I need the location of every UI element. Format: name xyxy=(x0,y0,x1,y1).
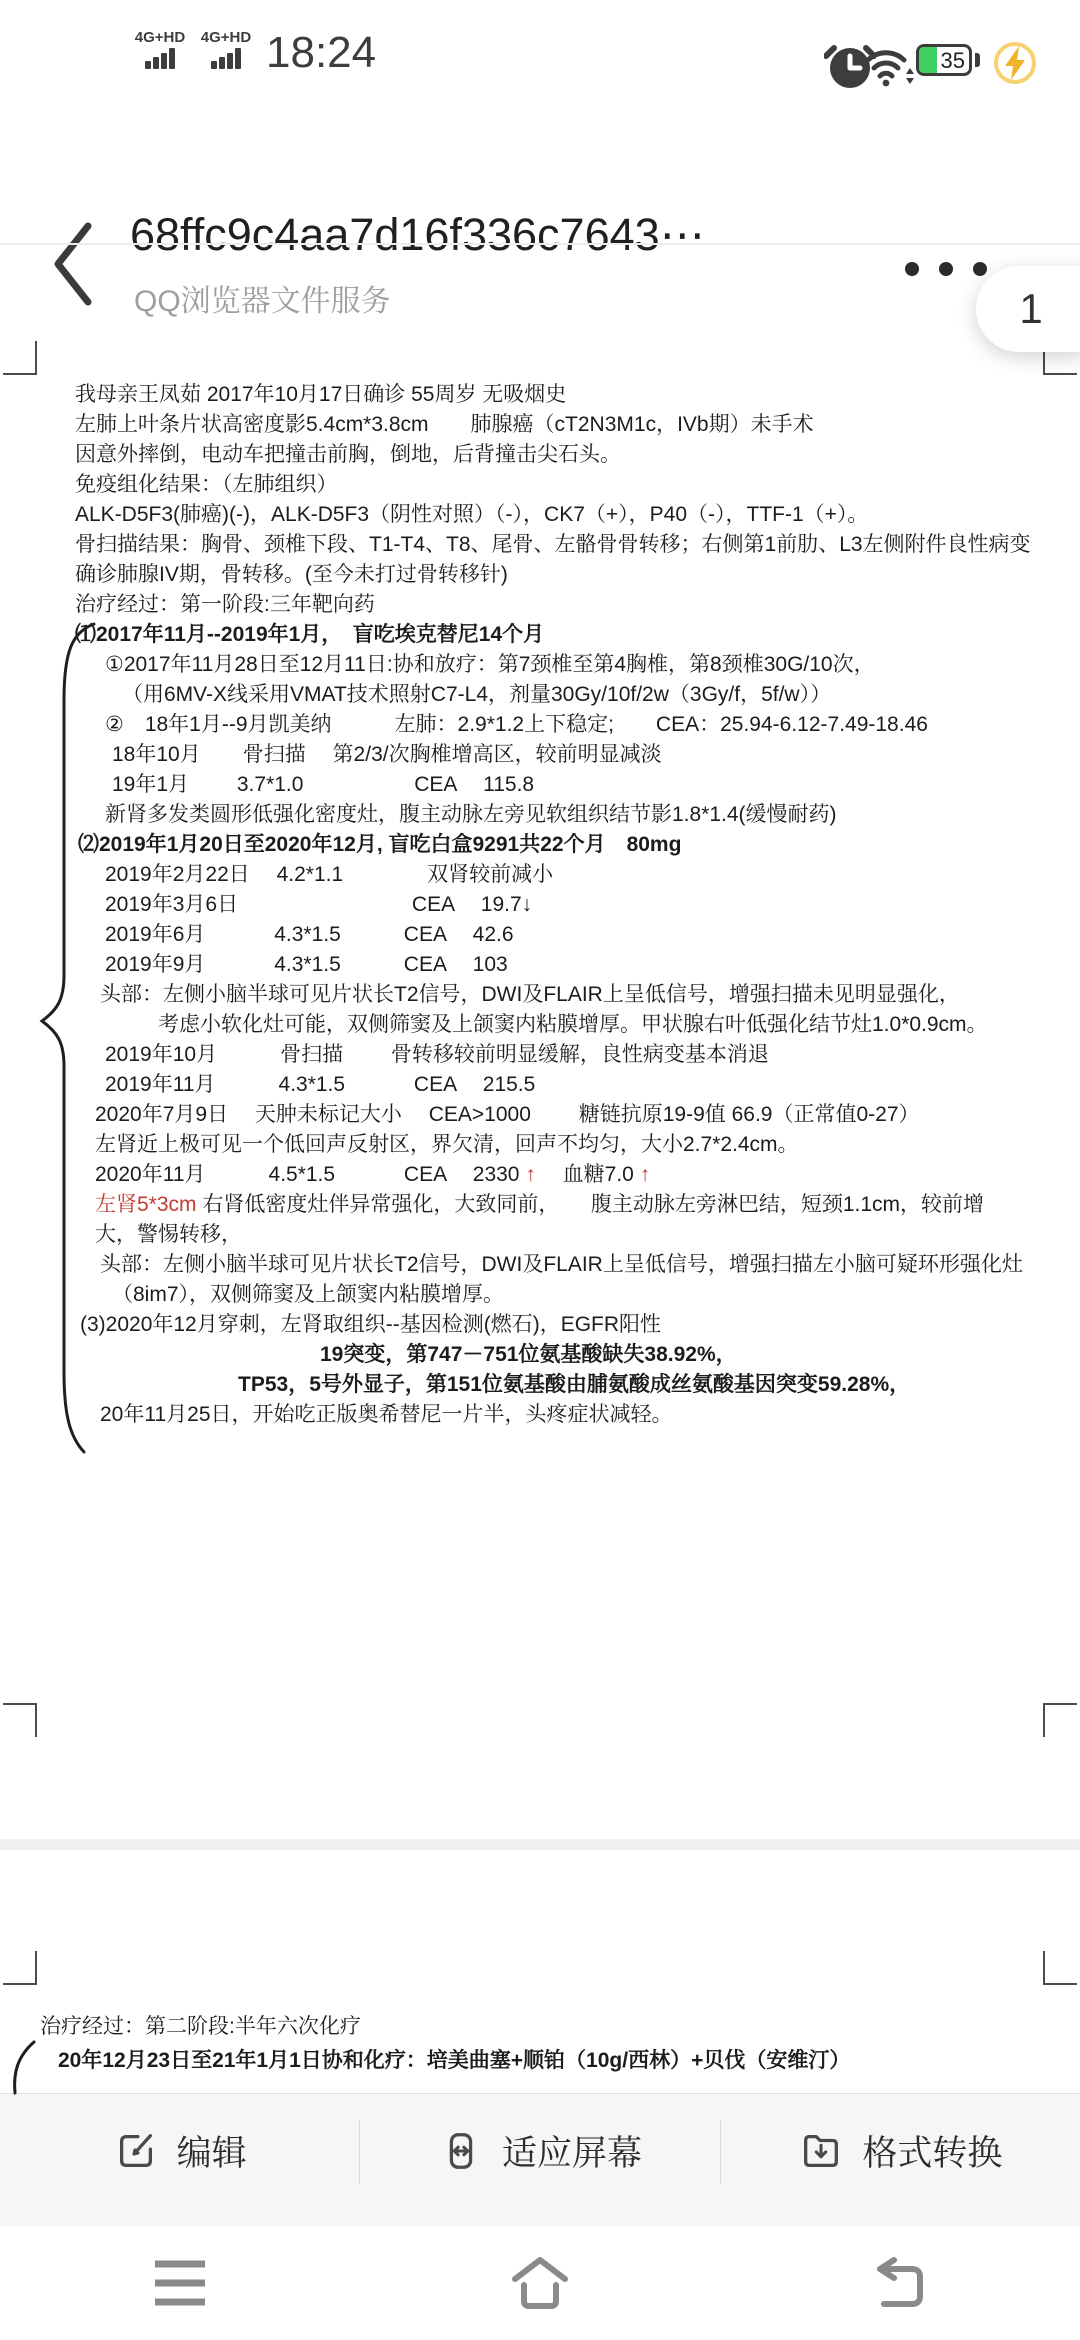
doc-line: 2019年9月 4.3*1.5 CEA 103 xyxy=(105,950,508,980)
edit-pencil-icon xyxy=(113,2128,159,2174)
network-type-label: 4G+HD xyxy=(130,30,190,45)
header: 68ffc9c4aa7d16f336c7643⋯ QQ浏览器文件服务 xyxy=(0,100,1080,243)
edit-label: 编辑 xyxy=(177,2126,247,2176)
edit-button[interactable]: 编辑 xyxy=(0,2126,359,2176)
doc-line: 2020年7月9日 天肿未标记大小 CEA>1000 糖链抗原19-9值 66.… xyxy=(95,1100,920,1130)
android-nav-bar xyxy=(0,2226,1080,2340)
charging-bolt-icon xyxy=(992,40,1038,86)
highlighted-text: 左肾5*3cm xyxy=(95,1193,197,1216)
battery-percent: 35 xyxy=(941,48,965,74)
doc-text: 2020年11月 4.5*1.5 CEA 2330 xyxy=(95,1163,525,1186)
doc-line: 治疗经过：第二阶段:半年六次化疗 xyxy=(40,2012,361,2042)
doc-line: ALK-D5F3(肺癌)(-)，ALK-D5F3（阴性对照）（-），CK7（+）… xyxy=(75,500,868,530)
back-icon[interactable] xyxy=(46,218,98,310)
doc-line: 2019年3月6日 CEA 19.7↓ xyxy=(105,890,532,920)
battery-nub xyxy=(975,53,980,67)
page2-topleft-mark xyxy=(3,1951,37,1985)
doc-line: 骨扫描结果：胸骨、颈椎下段、T1-T4、T8、尾骨、左骼骨骨转移；右侧第1前肋、… xyxy=(75,530,1031,560)
fit-screen-label: 适应屏幕 xyxy=(502,2126,642,2176)
page-number: 1 xyxy=(1019,285,1042,333)
doc-line: 免疫组化结果：（左肺组织） xyxy=(75,470,338,500)
doc-line: 新肾多发类圆形低强化密度灶，腹主动脉左旁见软组织结节影1.8*1.4(缓慢耐药) xyxy=(105,800,837,830)
signal-bars-icon xyxy=(196,47,256,69)
doc-line: 2019年10月 骨扫描 骨转移较前明显缓解，良性病变基本消退 xyxy=(105,1040,769,1070)
home-icon xyxy=(510,2255,570,2311)
doc-line: 2019年6月 4.3*1.5 CEA 42.6 xyxy=(105,920,514,950)
format-convert-button[interactable]: 格式转换 xyxy=(721,2126,1080,2176)
page1-topleft-mark xyxy=(3,341,37,375)
bottom-toolbar: 编辑 适应屏幕 格式转换 xyxy=(0,2093,1080,2226)
format-convert-icon xyxy=(798,2128,844,2174)
doc-line: 我母亲王凤茹 2017年10月17日确诊 55周岁 无吸烟史 xyxy=(75,380,566,410)
doc-line: 头部：左侧小脑半球可见片状长T2信号，DWI及FLAIR上呈低信号，增强扫描左小… xyxy=(100,1250,1023,1280)
file-title: 68ffc9c4aa7d16f336c7643⋯ xyxy=(130,208,705,261)
doc-line: 因意外摔倒，电动车把撞击前胸，倒地，后背撞击尖石头。 xyxy=(75,440,621,470)
page2-paren xyxy=(15,2042,34,2093)
page1-bottomright-mark xyxy=(1043,1703,1077,1737)
signal-cluster-1: 4G+HD xyxy=(130,30,190,69)
doc-line: （8im7），双侧筛窦及上颌窦内粘膜增厚。 xyxy=(112,1280,504,1310)
doc-line: 考虑小软化灶可能，双侧筛窦及上颌窦内粘膜增厚。甲状腺右叶低强化结节灶1.0*0.… xyxy=(158,1010,988,1040)
doc-text: 血糖7.0 xyxy=(536,1163,640,1186)
file-source-subtitle: QQ浏览器文件服务 xyxy=(134,276,391,320)
fit-screen-button[interactable]: 适应屏幕 xyxy=(360,2126,719,2176)
page1-bottomleft-mark xyxy=(3,1703,37,1737)
screen: 4G+HD 4G+HD 18:24 xyxy=(0,0,1080,2340)
signal-cluster-2: 4G+HD xyxy=(196,30,256,69)
format-convert-label: 格式转换 xyxy=(862,2126,1002,2176)
doc-line: ⑴2017年11月--2019年1月， 盲吃埃克替尼14个月 xyxy=(75,620,544,650)
page2-topright-mark xyxy=(1043,1951,1077,1985)
doc-line: 19年1月 3.7*1.0 CEA 115.8 xyxy=(112,770,534,800)
doc-line: 头部：左侧小脑半球可见片状长T2信号，DWI及FLAIR上呈低信号，增强扫描未见… xyxy=(100,980,960,1010)
header-divider xyxy=(0,243,1080,245)
nav-back-button[interactable] xyxy=(720,2226,1080,2340)
doc-line: 19突变，第747－751位氨基酸缺失38.92%， xyxy=(320,1340,737,1370)
battery-fill xyxy=(919,47,937,73)
more-menu-icon[interactable] xyxy=(905,262,987,276)
highlighted-text: ↑ xyxy=(525,1163,536,1186)
doc-line: 治疗经过：第一阶段:三年靶向药 xyxy=(75,590,375,620)
doc-line: (3)2020年12月穿刺，左肾取组织--基因检测(燃石)，EGFR阳性 xyxy=(80,1310,661,1340)
wifi-icon xyxy=(864,46,916,90)
doc-line: 大，警惕转移， xyxy=(95,1220,242,1250)
doc-line: 确诊肺腺IV期，骨转移。(至今未打过骨转移针) xyxy=(75,560,508,590)
doc-line: 20年12月23日至21年1月1日协和化疗：培美曲塞+顺铂（10g/西林）+贝伐… xyxy=(58,2046,850,2076)
doc-line: 2019年2月22日 4.2*1.1 双肾较前减小 xyxy=(105,860,553,890)
doc-line: 左肾近上极可见一个低回声反射区，界欠清，回声不均匀，大小2.7*2.4cm。 xyxy=(95,1130,799,1160)
menu-icon xyxy=(151,2257,209,2309)
page-gap-separator xyxy=(0,1839,1080,1850)
doc-line: （用6MV-X线采用VMAT技术照射C7-L4，剂量30Gy/10f/2w（3G… xyxy=(122,680,831,710)
nav-home-button[interactable] xyxy=(360,2226,720,2340)
doc-line: 左肾5*3cm 右肾低密度灶伴异常强化，大致同前， 腹主动脉左旁淋巴结，短颈1.… xyxy=(95,1190,984,1220)
doc-line: 18年10月 骨扫描 第2/3/次胸椎增高区，较前明显减淡 xyxy=(112,740,662,770)
doc-line: ①2017年11月28日至12月11日:协和放疗：第7颈椎至第4胸椎，第8颈椎3… xyxy=(105,650,875,680)
doc-line: ⑵2019年1月20日至2020年12月, 盲吃白盒9291共22个月 80mg xyxy=(78,830,681,860)
return-arrow-icon xyxy=(872,2256,928,2310)
doc-line: 20年11月25日，开始吃正版奥希替尼一片半，头疼症状减轻。 xyxy=(100,1400,673,1430)
fit-screen-icon xyxy=(438,2128,484,2174)
doc-text: 右肾低密度灶伴异常强化，大致同前， 腹主动脉左旁淋巴结，短颈1.1cm，较前增 xyxy=(197,1193,985,1216)
doc-line: TP53，5号外显子，第151位氨基酸由脯氨酸成丝氨酸基因突变59.28%， xyxy=(238,1370,910,1400)
doc-line: 2019年11月 4.3*1.5 CEA 215.5 xyxy=(105,1070,535,1100)
clock-time: 18:24 xyxy=(266,28,376,78)
doc-line: 左肺上叶条片状高密度影5.4cm*3.8cm 肺腺癌（cT2N3M1c，IVb期… xyxy=(75,410,814,440)
battery-icon: 35 xyxy=(916,44,972,76)
doc-line: 2020年11月 4.5*1.5 CEA 2330 ↑ 血糖7.0 ↑ xyxy=(95,1160,650,1190)
nav-recents-button[interactable] xyxy=(0,2226,360,2340)
doc-line: ② 18年1月--9月凯美纳 左肺：2.9*1.2上下稳定; CEA：25.94… xyxy=(105,710,928,740)
page-number-indicator[interactable]: 1 xyxy=(976,266,1080,352)
signal-bars-icon xyxy=(130,47,190,69)
network-type-label: 4G+HD xyxy=(196,30,256,45)
highlighted-text: ↑ xyxy=(640,1163,651,1186)
status-bar: 4G+HD 4G+HD 18:24 xyxy=(0,0,1080,100)
